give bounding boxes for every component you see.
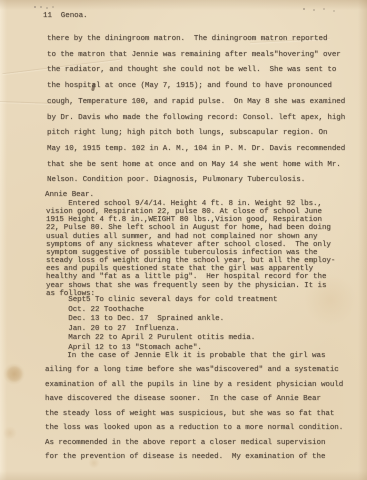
text-line: examination of all the pupils in line by…: [45, 378, 343, 392]
text-line: the steady loss of weight was suspicious…: [45, 407, 343, 421]
text-line: In the case of Jennie Elk it is probable…: [45, 349, 343, 363]
text-line: ailing for a long time before she was"di…: [45, 363, 343, 377]
paper-stain: [6, 366, 23, 382]
text-line: have discovered the disease sooner. In t…: [45, 392, 343, 406]
text-line: Nelson. Condition poor. Diagnosis, Pulmo…: [47, 173, 345, 189]
text-line: As recommended in the above report a clo…: [45, 436, 343, 450]
record-entry: Oct. 22 Toothache: [46, 306, 277, 316]
case-heading: Annie Bear.: [45, 191, 94, 200]
page-number-and-title: 11 Genoa.: [43, 11, 88, 21]
text-line: the hospital at once (May 7, 1915); and …: [47, 79, 345, 95]
pencil-marks: [34, 6, 36, 8]
text-line: symptom suggestive of possible tuberculo…: [46, 249, 335, 257]
text-line: by Dr. Davis who made the following reco…: [47, 111, 345, 127]
closing-paragraph: In the case of Jennie Elk it is probable…: [45, 349, 343, 465]
text-line: pitch right lung; high pitch both lungs,…: [47, 126, 345, 142]
hospital-record-list: Sept5 To clinic several days for cold tr…: [46, 296, 277, 354]
continuation-paragraph: there by the diningroom matron. The dini…: [47, 32, 345, 189]
text-line: year shows that she was frequently seen …: [46, 282, 335, 290]
text-line: 22, Pulse 80. She left school in August …: [46, 224, 335, 232]
text-line: usual duties all summer, and had not com…: [46, 233, 335, 241]
record-entry: Dec. 13 to Dec. 17 Sprained ankle.: [46, 315, 277, 325]
text-line: for the prevention of disease is needed.…: [45, 450, 343, 464]
text-line: cough, Temperature 100, and rapid pulse.…: [47, 95, 345, 111]
text-line: that she be sent home at once and on May…: [47, 158, 345, 174]
record-entry: Jan. 20 to 27 Influenza.: [46, 325, 277, 335]
text-line: Entered school 9/4/14. Height 4 ft. 8 in…: [46, 200, 335, 208]
page-header: 11 Genoa.: [43, 11, 88, 21]
case-paragraph: Entered school 9/4/14. Height 4 ft. 8 in…: [46, 200, 335, 298]
text-line: symptoms of any sickness whatever after …: [46, 241, 335, 249]
text-line: to the matron that Jennie was remaining …: [47, 48, 345, 64]
scanned-document-page: 11 Genoa. there by the diningroom matron…: [0, 0, 367, 480]
text-line: the loss was looked upon as a reduction …: [45, 421, 343, 435]
text-line: May 10, 1915 temp. 102 in A. M., 104 in …: [47, 142, 345, 158]
text-line: there by the diningroom matron. The dini…: [47, 32, 345, 48]
record-entry: March 22 to April 2 Purulent otitis medi…: [46, 334, 277, 344]
text-line: healthy and "fat as a little pig". Her h…: [46, 273, 335, 281]
case-name: Annie Bear.: [45, 191, 94, 200]
pencil-marks: [303, 8, 305, 10]
text-line: the radiator, and thought she could not …: [47, 63, 345, 79]
record-entry: Sept5 To clinic several days for cold tr…: [46, 296, 277, 306]
